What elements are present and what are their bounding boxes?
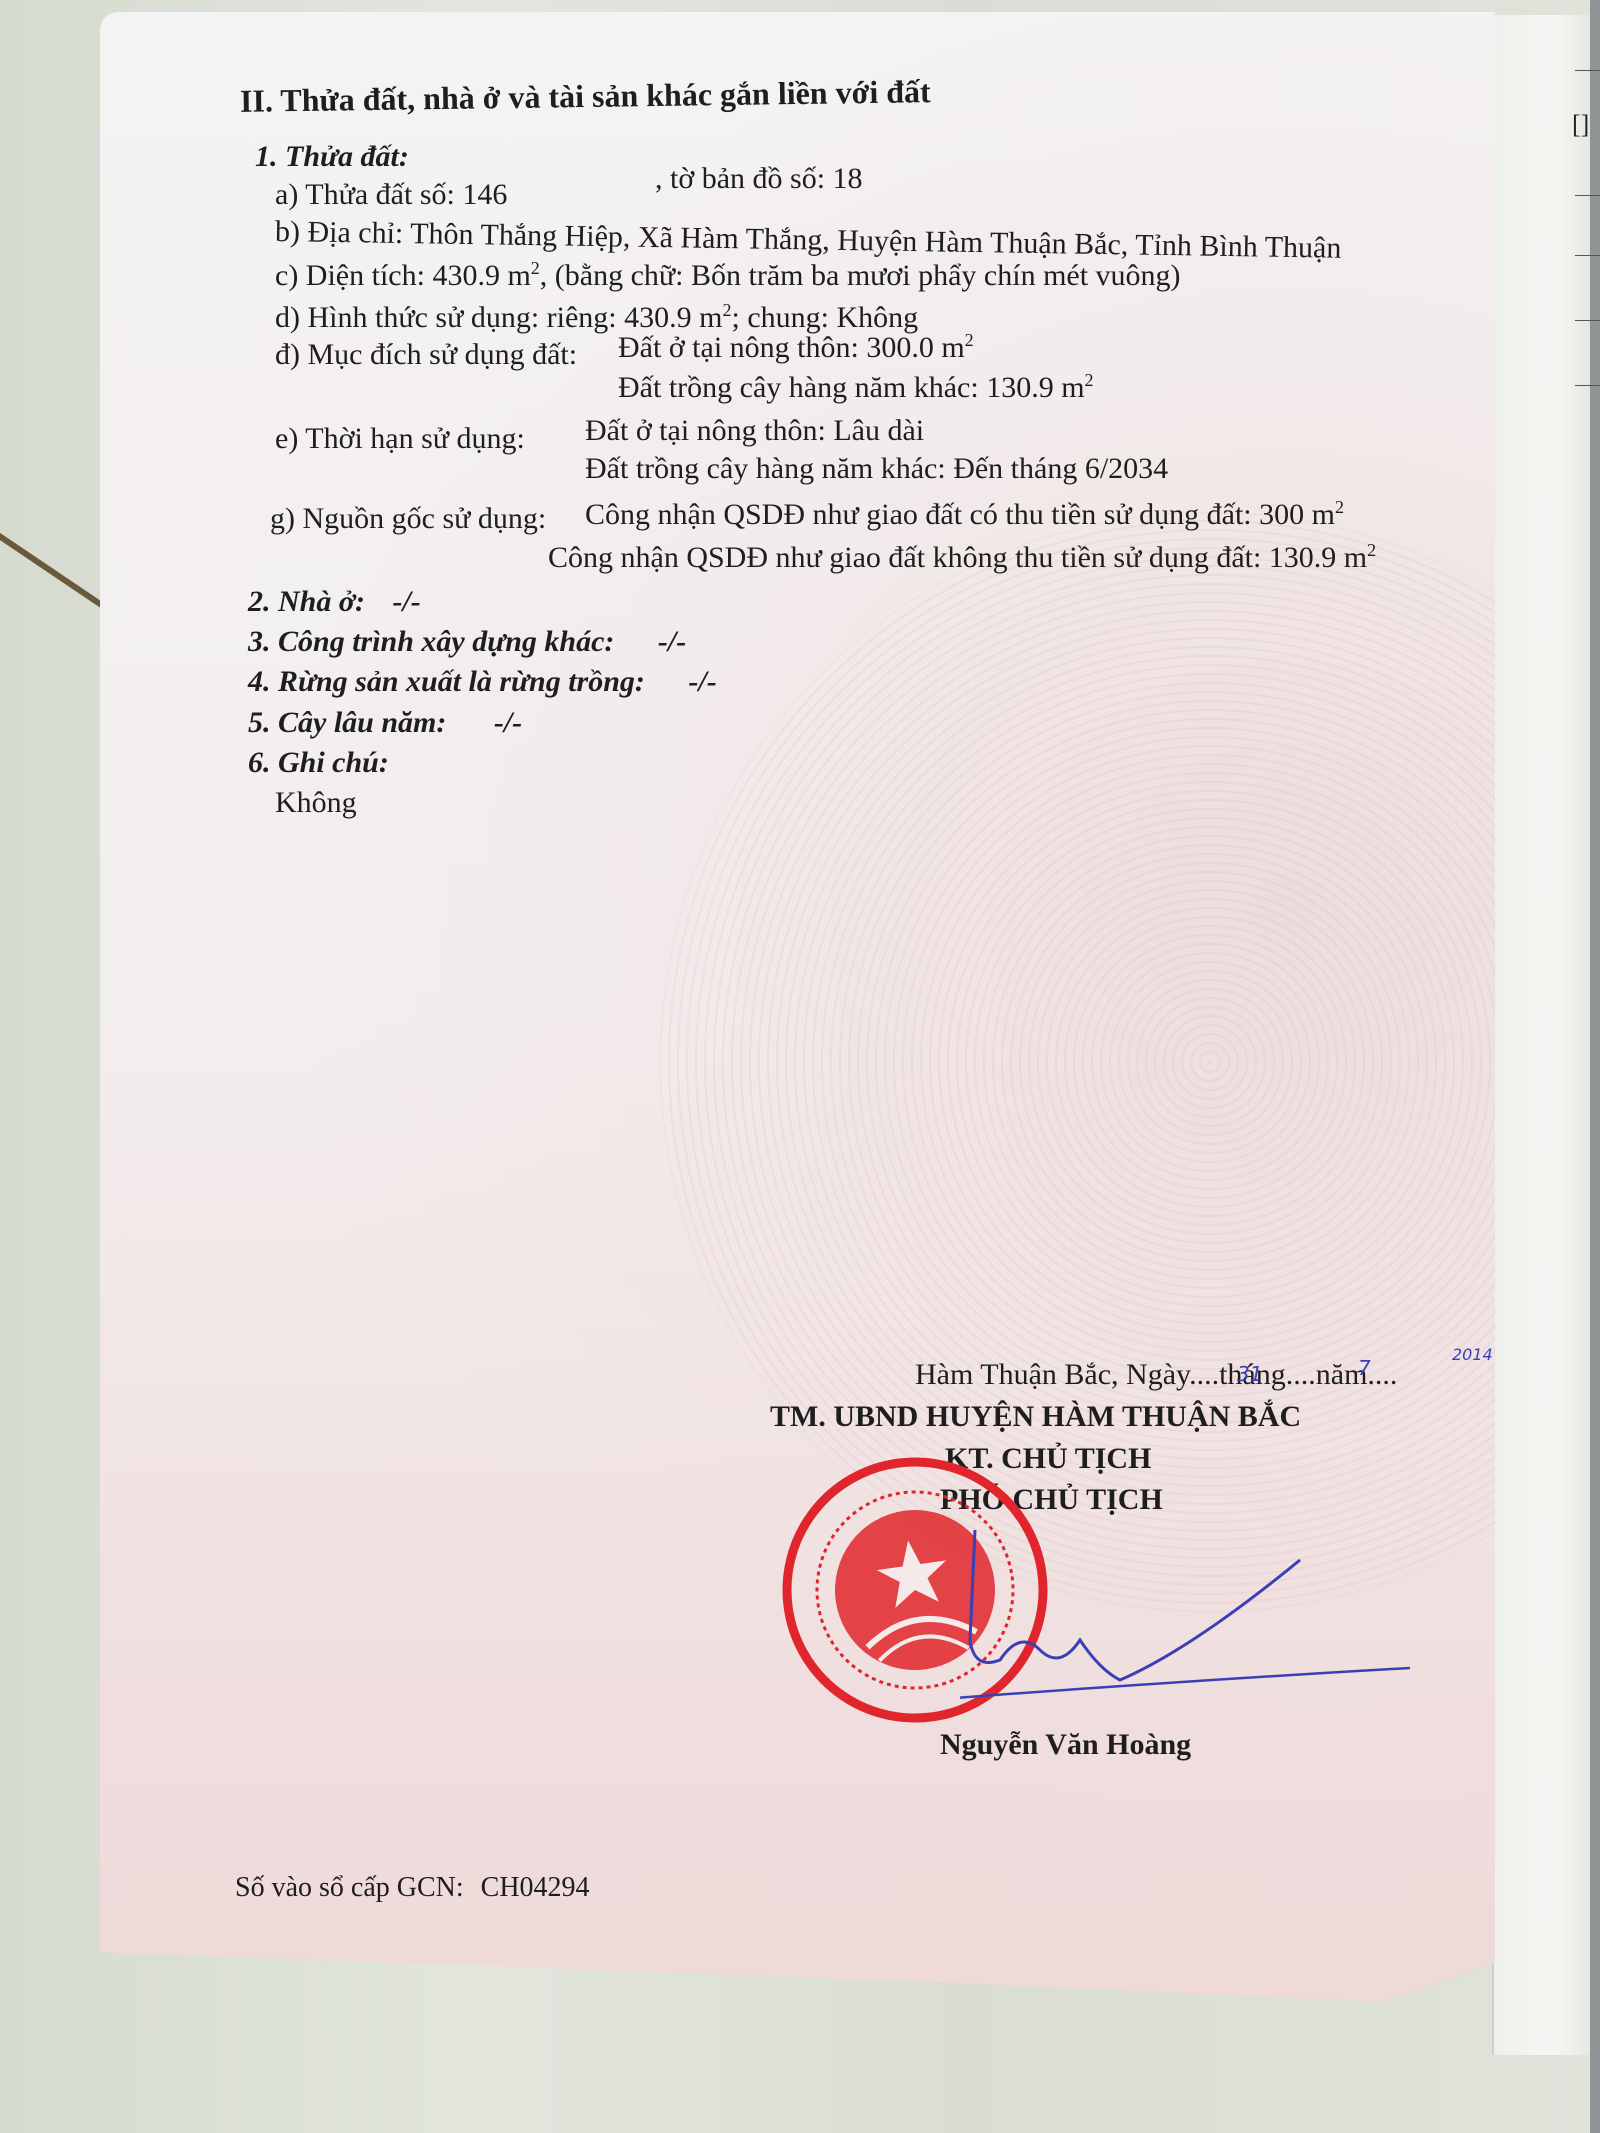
unit-superscript: 2: [1085, 370, 1094, 390]
term-item: Đất trồng cây hàng năm khác: Đến tháng 6…: [585, 452, 1168, 486]
dots: ....: [1367, 1358, 1397, 1391]
term-label: e) Thời hạn sử dụng:: [275, 422, 525, 456]
document-content: II. Thửa đất, nhà ở và tài sản khác gắn …: [0, 0, 1600, 2133]
other-item: 3. Công trình xây dựng khác: -/-: [248, 625, 686, 659]
other-item-label: 5. Cây lâu năm:: [248, 706, 446, 739]
purpose-item-text: Đất trồng cây hàng năm khác: 130.9 m: [618, 371, 1085, 404]
handwritten-day: 31: [1237, 1362, 1262, 1386]
handwritten-year: 2014: [1452, 1345, 1493, 1364]
other-item-value: -/-: [494, 706, 522, 739]
other-item-label: 4. Rừng sản xuất là rừng trồng:: [248, 665, 645, 698]
dots: ....: [1286, 1358, 1316, 1391]
certificate-number-label: Số vào sổ cấp GCN:: [235, 1872, 464, 1903]
dots: ....: [1189, 1358, 1219, 1391]
origin-label: g) Nguồn gốc sử dụng:: [270, 502, 546, 536]
origin-item: Công nhận QSDĐ như giao đất không thu ti…: [548, 540, 1376, 575]
area-label: c) Diện tích:: [275, 259, 425, 292]
area-row: c) Diện tích: 430.9 m2, (bằng chữ: Bốn t…: [275, 258, 1181, 293]
plot-number-label: a) Thửa đất số:: [275, 178, 455, 211]
plot-number-row: a) Thửa đất số: 146: [275, 178, 507, 212]
purpose-label: đ) Mục đích sử dụng đất:: [275, 338, 577, 372]
origin-item-text: Công nhận QSDĐ như giao đất có thu tiền …: [585, 498, 1335, 531]
place-date: Hàm Thuận Bắc, Ngày....tháng....năm....: [915, 1358, 1397, 1392]
origin-item-text: Công nhận QSDĐ như giao đất không thu ti…: [548, 541, 1367, 574]
unit-superscript: 2: [1367, 540, 1376, 560]
other-item-value: -/-: [688, 665, 716, 698]
unit-superscript: 2: [1335, 497, 1344, 517]
land-plot-heading: 1. Thửa đất:: [255, 140, 409, 174]
map-sheet-label: , tờ bản đồ số:: [655, 162, 825, 195]
purpose-item: Đất trồng cây hàng năm khác: 130.9 m2: [618, 370, 1094, 405]
area-words: , (bằng chữ: Bốn trăm ba mươi phẩy chín …: [540, 259, 1181, 292]
signer-name: Nguyễn Văn Hoàng: [940, 1728, 1191, 1762]
other-item-label: 6. Ghi chú:: [248, 746, 389, 779]
purpose-item: Đất ở tại nông thôn: 300.0 m2: [618, 330, 974, 365]
certificate-number: CH04294: [481, 1872, 590, 1903]
note-value: Không: [275, 786, 357, 820]
handwritten-month: 7: [1358, 1356, 1371, 1380]
other-item-value: -/-: [658, 625, 686, 658]
unit-superscript: 2: [531, 258, 540, 278]
other-item-label: 3. Công trình xây dựng khác:: [248, 625, 614, 658]
origin-item: Công nhận QSDĐ như giao đất có thu tiền …: [585, 497, 1344, 532]
unit-superscript: 2: [723, 300, 732, 320]
signature: [960, 1520, 1420, 1720]
place-date-prefix: Hàm Thuận Bắc, Ngày: [915, 1358, 1189, 1391]
plot-number: 146: [462, 178, 507, 211]
purpose-item-text: Đất ở tại nông thôn: 300.0 m: [618, 331, 965, 364]
certificate-number-row: Số vào sổ cấp GCN: CH04294: [235, 1872, 590, 1904]
other-item-label: 2. Nhà ở:: [248, 585, 365, 618]
unit-superscript: 2: [965, 330, 974, 350]
other-item: 5. Cây lâu năm: -/-: [248, 706, 522, 740]
other-item: 2. Nhà ở: -/-: [248, 585, 421, 619]
other-item: 6. Ghi chú:: [248, 746, 389, 780]
other-item: 4. Rừng sản xuất là rừng trồng: -/-: [248, 665, 717, 699]
map-sheet-row: , tờ bản đồ số: 18: [655, 162, 863, 196]
map-sheet: 18: [833, 162, 863, 195]
section-title: II. Thửa đất, nhà ở và tài sản khác gắn …: [240, 73, 931, 120]
authority: TM. UBND HUYỆN HÀM THUẬN BẮC: [770, 1400, 1301, 1434]
usage-form-label: d) Hình thức sử dụng: riêng:: [275, 301, 617, 334]
area-value: 430.9 m: [432, 259, 530, 292]
term-item: Đất ở tại nông thôn: Lâu dài: [585, 414, 924, 448]
other-item-value: -/-: [392, 585, 420, 618]
